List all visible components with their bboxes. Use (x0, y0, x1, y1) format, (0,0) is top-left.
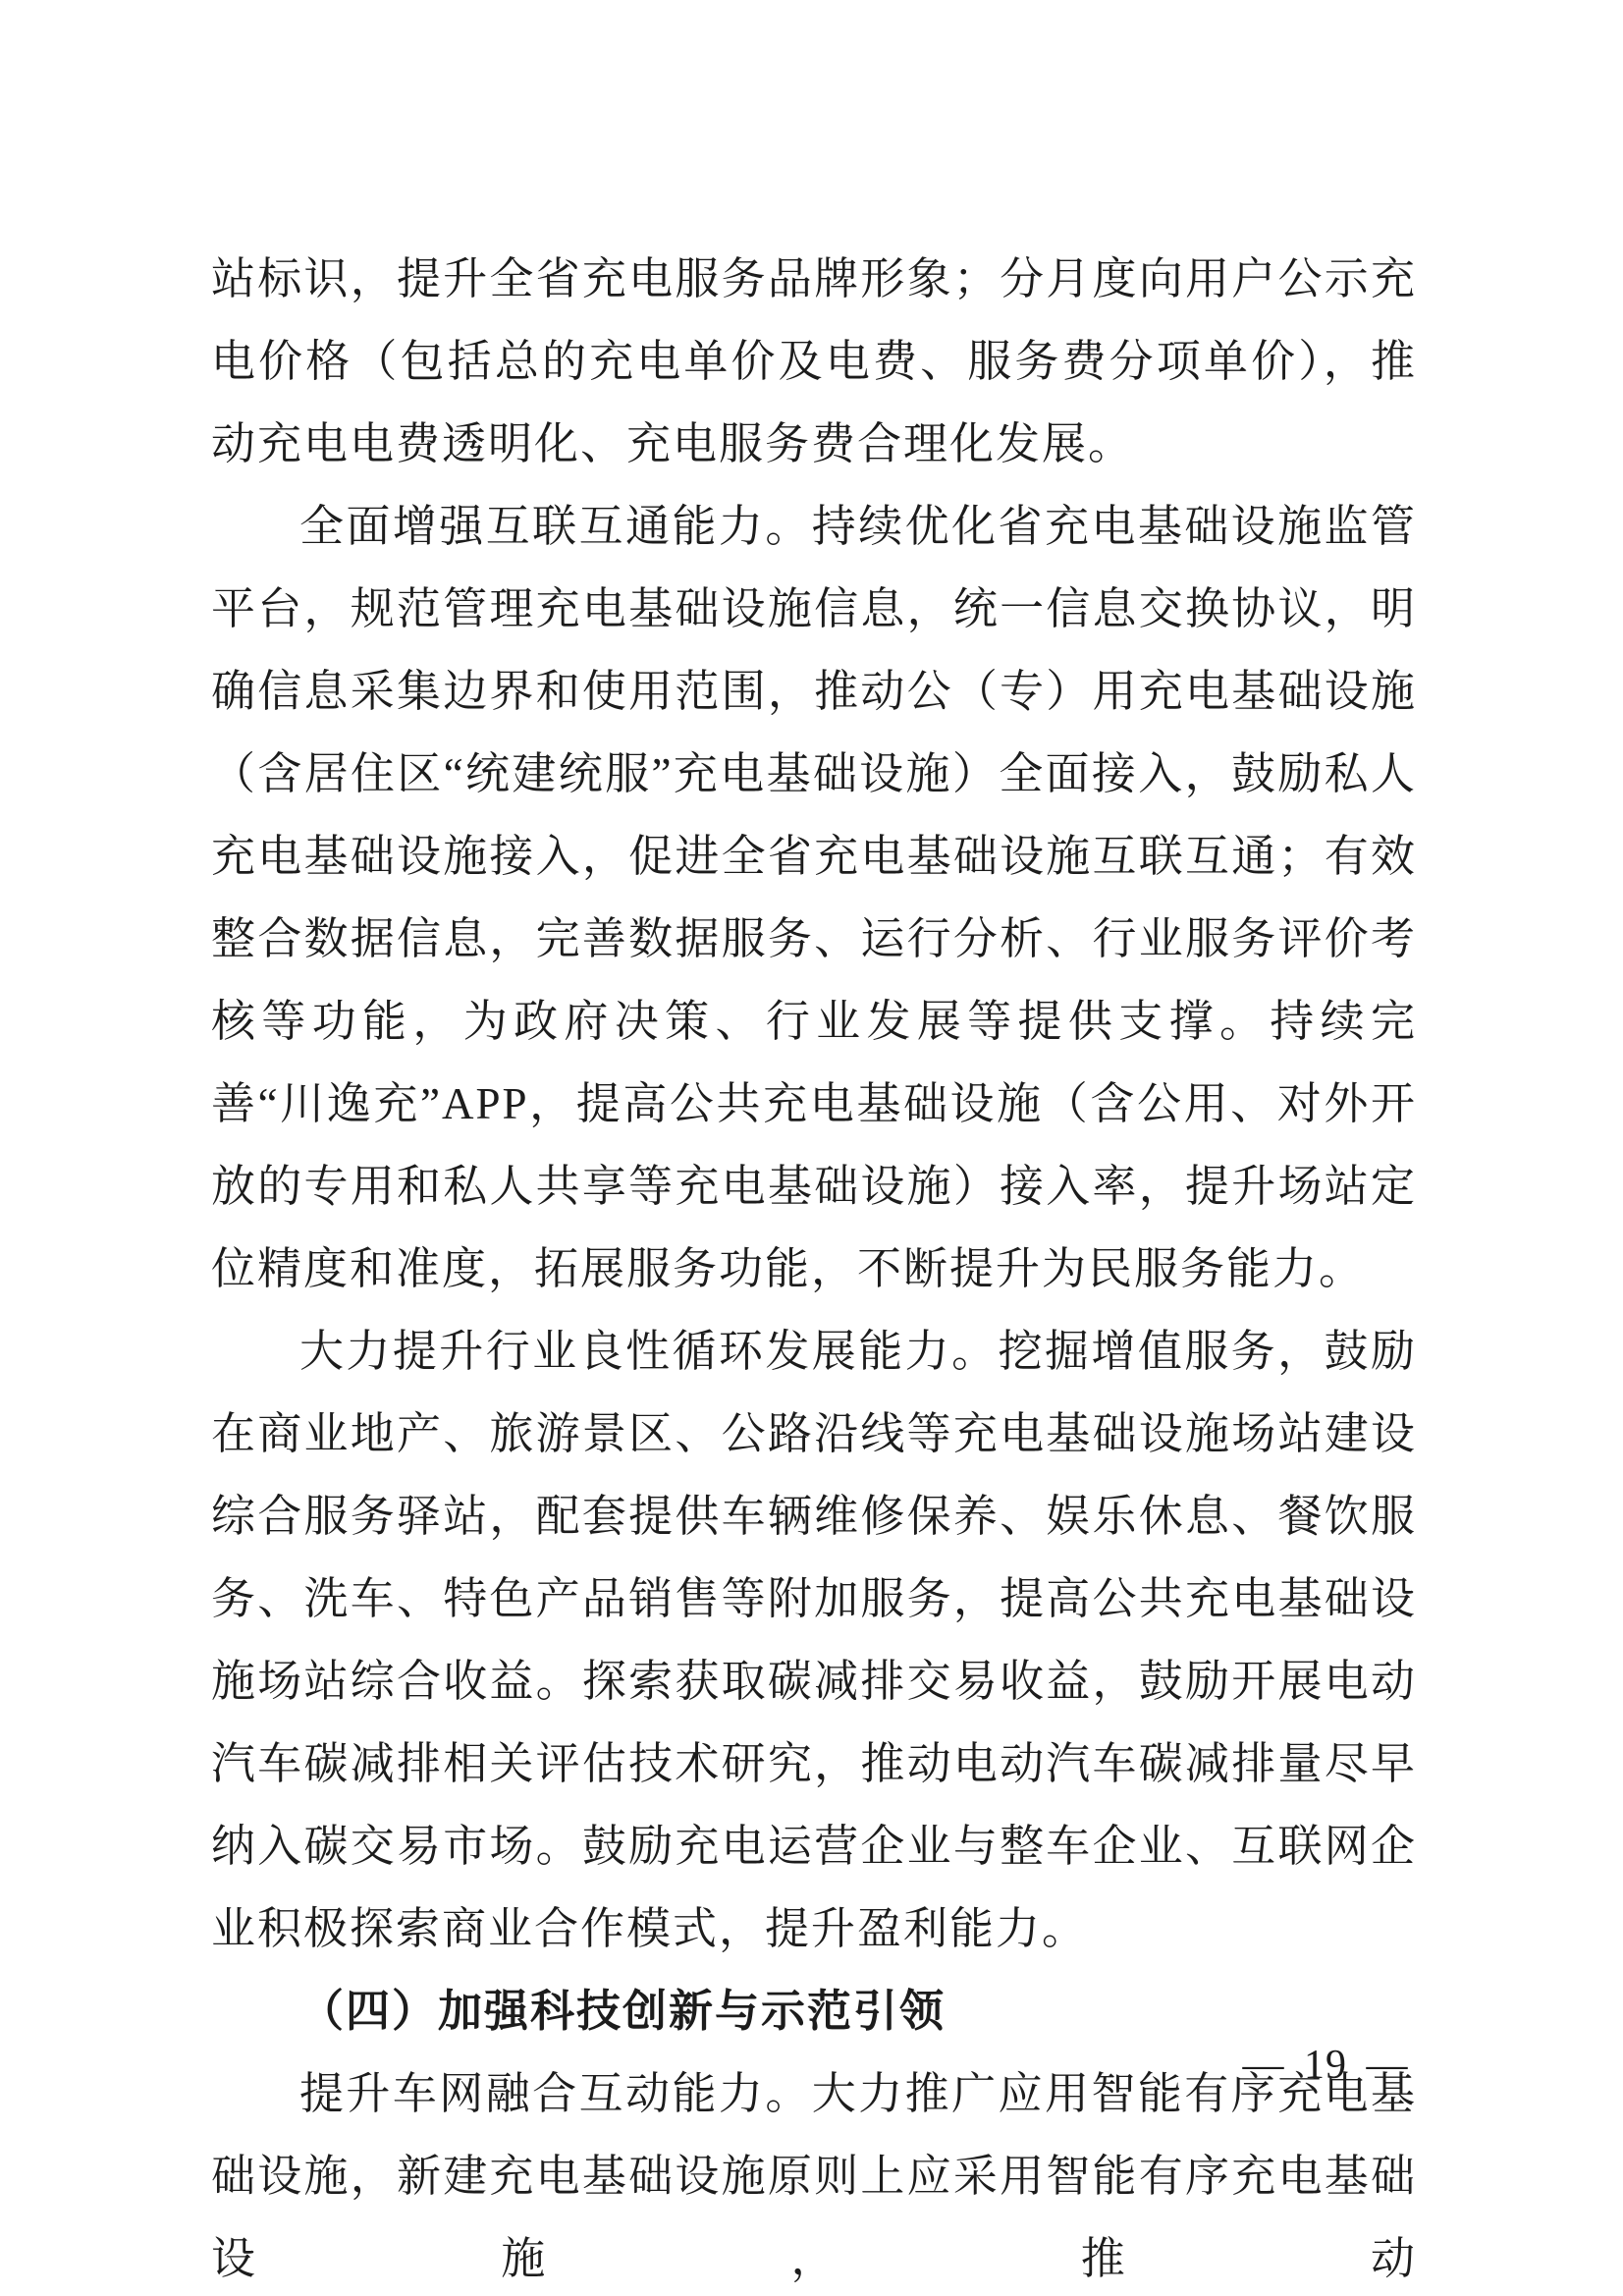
section-heading: （四）加强科技创新与示范引领 (211, 1970, 1417, 2052)
document-page: 站标识，提升全省充电服务品牌形象；分月度向用户公示充电价格（包括总的充电单价及电… (0, 0, 1623, 2296)
paragraph: 全面增强互联互通能力。持续优化省充电基础设施监管平台，规范管理充电基础设施信息，… (211, 485, 1417, 1310)
paragraph: 提升车网融合互动能力。大力推广应用智能有序充电基础设施，新建充电基础设施原则上应… (211, 2052, 1417, 2296)
page-number: — 19 — (1232, 2043, 1419, 2088)
paragraph: 大力提升行业良性循环发展能力。挖掘增值服务，鼓励在商业地产、旅游景区、公路沿线等… (211, 1310, 1417, 1970)
paragraph-continuation: 站标识，提升全省充电服务品牌形象；分月度向用户公示充电价格（包括总的充电单价及电… (211, 238, 1417, 485)
text-block: 站标识，提升全省充电服务品牌形象；分月度向用户公示充电价格（包括总的充电单价及电… (211, 238, 1417, 2296)
